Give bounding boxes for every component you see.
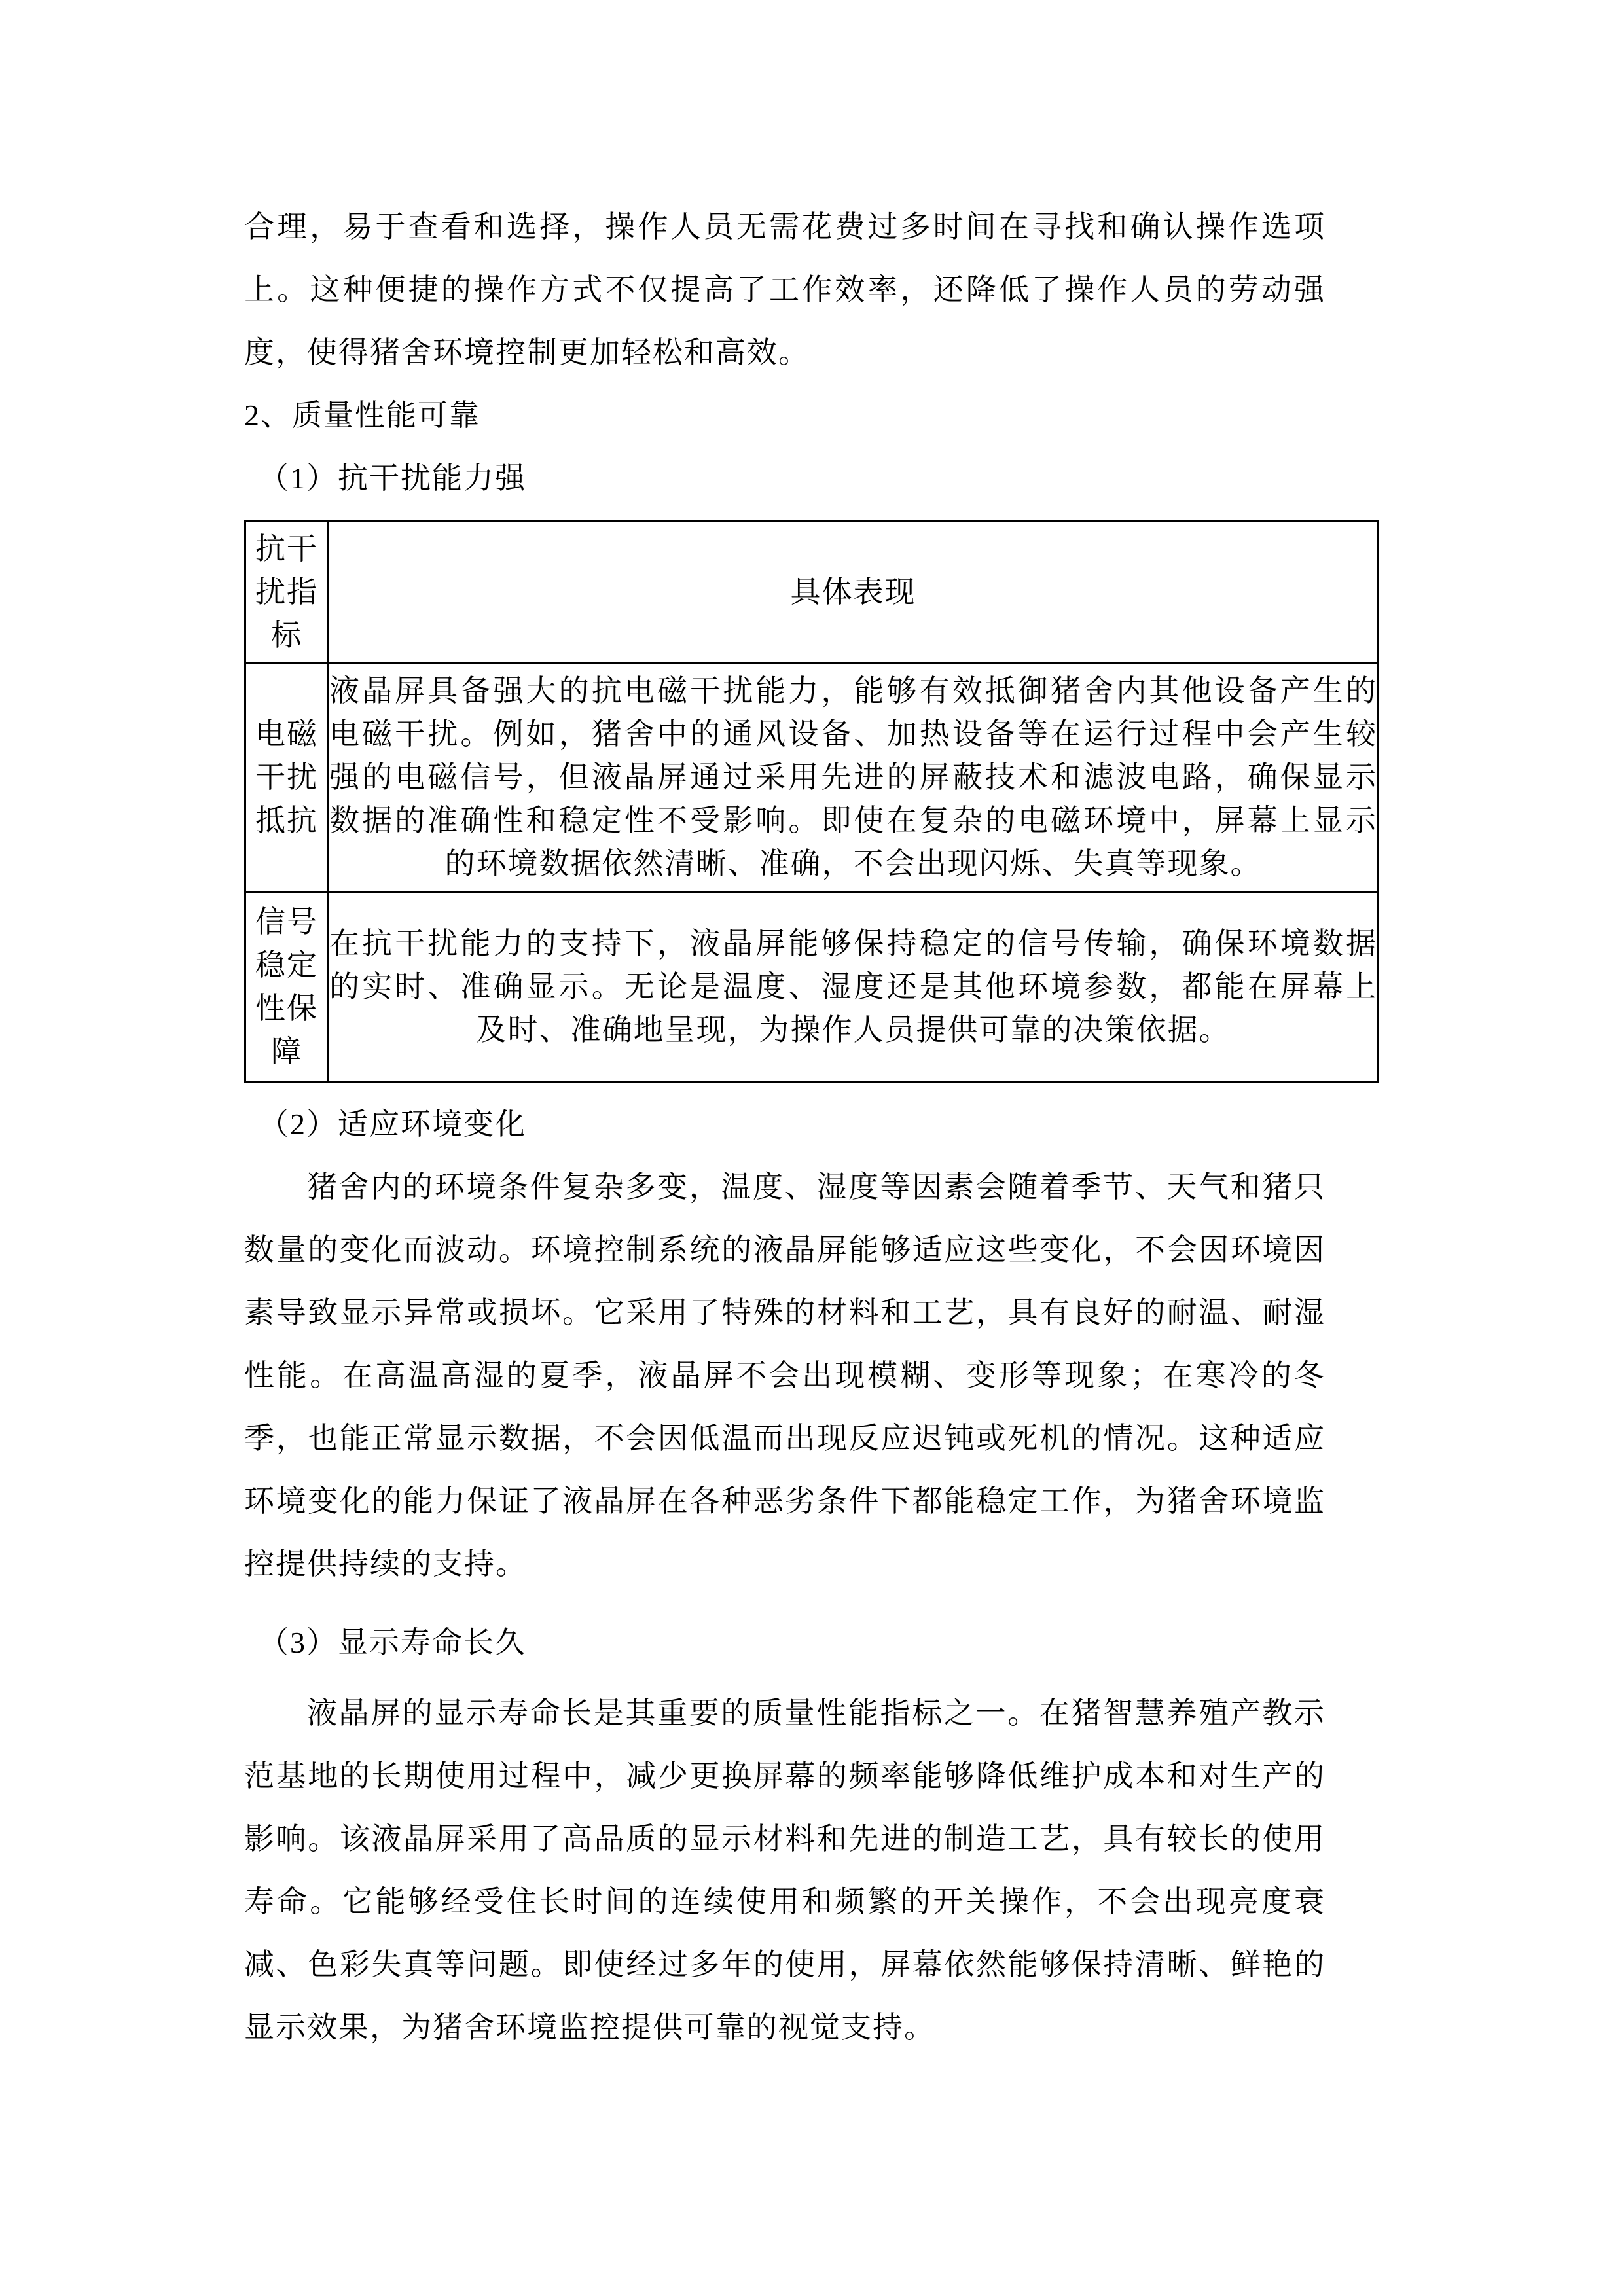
text-line: 素导致显示异常或损坏。它采用了特殊的材料和工艺，具有良好的耐温、耐湿 (244, 1282, 1326, 1344)
header-performance-label: 具体表现 (329, 571, 1377, 614)
interference-table: 抗干扰指标 具体表现 电磁干扰抵抗 液晶屏具备强大的抗电磁干扰能力，能够有效抵御… (244, 520, 1379, 1083)
table-header-row: 抗干扰指标 具体表现 (245, 522, 1379, 663)
text-line: 寿命。它能够经受住长时间的连续使用和频繁的开关操作，不会出现亮度衰 (244, 1871, 1326, 1933)
document-page: 合理，易于查看和选择，操作人员无需花费过多时间在寻找和确认操作选项上。这种便捷的… (0, 0, 1624, 2296)
subheading-anti-interference: （1）抗干扰能力强 (244, 447, 1326, 510)
text-line: 性保 (246, 987, 327, 1030)
text-line: 季，也能正常显示数据，不会因低温而出现反应迟钝或死机的情况。这种适应 (244, 1407, 1326, 1470)
text-line: 液晶屏具备强大的抗电磁干扰能力，能够有效抵御猪舍内其他设备产生的 (329, 670, 1377, 713)
text-line: 数量的变化而波动。环境控制系统的液晶屏能够适应这些变化，不会因环境因 (244, 1219, 1326, 1282)
text-line: 上。这种便捷的操作方式不仅提高了工作效率，还降低了操作人员的劳动强 (244, 259, 1326, 321)
text-line: 的环境数据依然清晰、准确，不会出现闪烁、失真等现象。 (329, 842, 1377, 886)
text-line: 抗干 (246, 528, 327, 571)
header-cell-performance: 具体表现 (329, 522, 1379, 663)
row-label-electromagnetic: 电磁干扰抵抗 (245, 663, 329, 892)
row-label-signal-stability: 信号稳定性保障 (245, 892, 329, 1082)
document-content: 合理，易于查看和选择，操作人员无需花费过多时间在寻找和确认操作选项上。这种便捷的… (244, 196, 1326, 2059)
text-line: 度，使得猪舍环境控制更加轻松和高效。 (244, 321, 1326, 384)
text-line: 液晶屏的显示寿命长是其重要的质量性能指标之一。在猪智慧养殖产教示 (244, 1682, 1326, 1745)
text-line: 抵抗 (246, 799, 327, 842)
lifespan-paragraph: 液晶屏的显示寿命长是其重要的质量性能指标之一。在猪智慧养殖产教示范基地的长期使用… (244, 1682, 1326, 2059)
text-line: 电磁 (246, 713, 327, 756)
header-cell-indicator: 抗干扰指标 (245, 522, 329, 663)
text-line: 电磁干扰。例如，猪舍中的通风设备、加热设备等在运行过程中会产生较 (329, 713, 1377, 756)
text-line: 减、色彩失真等问题。即使经过多年的使用，屏幕依然能够保持清晰、鲜艳的 (244, 1933, 1326, 1996)
text-line: 环境变化的能力保证了液晶屏在各种恶劣条件下都能稳定工作，为猪舍环境监 (244, 1470, 1326, 1533)
text-line: 范基地的长期使用过程中，减少更换屏幕的频率能够降低维护成本和对生产的 (244, 1745, 1326, 1808)
text-line: 显示效果，为猪舍环境监控提供可靠的视觉支持。 (244, 1996, 1326, 2059)
text-line: 数据的准确性和稳定性不受影响。即使在复杂的电磁环境中，屏幕上显示 (329, 799, 1377, 842)
text-line: 合理，易于查看和选择，操作人员无需花费过多时间在寻找和确认操作选项 (244, 196, 1326, 259)
row-content-electromagnetic: 液晶屏具备强大的抗电磁干扰能力，能够有效抵御猪舍内其他设备产生的电磁干扰。例如，… (329, 663, 1379, 892)
table-row-signal-stability: 信号稳定性保障 在抗干扰能力的支持下，液晶屏能够保持稳定的信号传输，确保环境数据… (245, 892, 1379, 1082)
text-line: 及时、准确地呈现，为操作人员提供可靠的决策依据。 (329, 1009, 1377, 1052)
section-heading-quality: 2、质量性能可靠 (244, 384, 1326, 447)
subheading-lifespan: （3）显示寿命长久 (244, 1611, 1326, 1674)
text-line: 稳定 (246, 944, 327, 987)
text-line: 信号 (246, 901, 327, 944)
text-line: 强的电磁信号，但液晶屏通过采用先进的屏蔽技术和滤波电路，确保显示 (329, 756, 1377, 799)
text-line: 的实时、准确显示。无论是温度、湿度还是其他环境参数，都能在屏幕上 (329, 965, 1377, 1009)
text-line: 标 (246, 614, 327, 657)
intro-paragraph: 合理，易于查看和选择，操作人员无需花费过多时间在寻找和确认操作选项上。这种便捷的… (244, 196, 1326, 384)
environment-paragraph: 猪舍内的环境条件复杂多变，温度、湿度等因素会随着季节、天气和猪只数量的变化而波动… (244, 1156, 1326, 1596)
text-line: 扰指 (246, 571, 327, 614)
text-line: 性能。在高温高湿的夏季，液晶屏不会出现模糊、变形等现象；在寒冷的冬 (244, 1344, 1326, 1407)
text-line: 障 (246, 1030, 327, 1073)
table-row-electromagnetic: 电磁干扰抵抗 液晶屏具备强大的抗电磁干扰能力，能够有效抵御猪舍内其他设备产生的电… (245, 663, 1379, 892)
text-line: 在抗干扰能力的支持下，液晶屏能够保持稳定的信号传输，确保环境数据 (329, 922, 1377, 965)
text-line: 控提供持续的支持。 (244, 1533, 1326, 1596)
row-content-signal-stability: 在抗干扰能力的支持下，液晶屏能够保持稳定的信号传输，确保环境数据的实时、准确显示… (329, 892, 1379, 1082)
text-line: 影响。该液晶屏采用了高品质的显示材料和先进的制造工艺，具有较长的使用 (244, 1808, 1326, 1871)
text-line: 猪舍内的环境条件复杂多变，温度、湿度等因素会随着季节、天气和猪只 (244, 1156, 1326, 1219)
text-line: 干扰 (246, 756, 327, 799)
subheading-environment: （2）适应环境变化 (244, 1093, 1326, 1156)
